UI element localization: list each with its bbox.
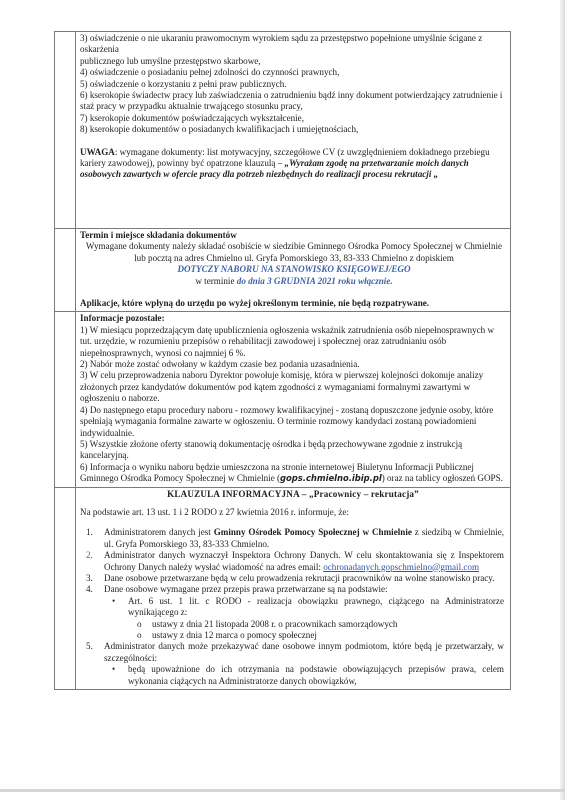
deadline-prefix: w terminie bbox=[195, 276, 236, 286]
requirements-row: 3) oświadczenie o nie ukaraniu prawomocn… bbox=[55, 32, 511, 229]
item-number: 4. bbox=[86, 584, 93, 595]
submission-instructions: Wymagane dokumenty należy składać osobiś… bbox=[80, 241, 508, 264]
left-column-cell bbox=[55, 487, 76, 690]
item6-suffix: ) oraz na tablicy ogłoszeń GOPS. bbox=[382, 473, 503, 483]
clause-item: 1. Administratorem danych jest Gminny Oś… bbox=[76, 527, 504, 550]
legal-basis-text: Art. 6 ust. 1 lit. c RODO - realizacja o… bbox=[128, 596, 504, 617]
clause-row: KLAUZULA INFORMACYJNA – „Pracownicy – re… bbox=[55, 487, 511, 690]
recipient-text: będą upoważnione do ich otrzymania na po… bbox=[128, 664, 504, 685]
clause-intro: Na podstawie art. 13 ust. 1 i 2 RODO z 2… bbox=[76, 507, 510, 518]
item-number: 2. bbox=[86, 550, 93, 561]
act-item: oustawy z dnia 12 marca o pomocy społecz… bbox=[128, 630, 504, 641]
requirement-line: 5) oświadczenie o korzystaniu z pełni pr… bbox=[80, 79, 508, 90]
late-applications-warning: Aplikacje, które wpłyną do urzędu po wyż… bbox=[80, 298, 508, 309]
item1-prefix: Administratorem danych jest bbox=[104, 527, 214, 537]
administrator-name: Gminny Ośrodek Pomocy Społecznej w Chmie… bbox=[214, 527, 412, 537]
item-number: 1. bbox=[86, 527, 93, 538]
deadline-date: do dnia 3 GRUDNIA 2021 roku włącznie. bbox=[237, 276, 393, 286]
iod-email-link[interactable]: ochronadanych.gopschmielno@gmail.com bbox=[323, 562, 479, 572]
envelope-note: DOTYCZY NABORU NA STANOWISKO KSIĘGOWEJ/E… bbox=[80, 264, 508, 275]
requirement-line: 3) oświadczenie o nie ukaraniu prawomocn… bbox=[80, 33, 508, 56]
left-column-cell bbox=[55, 32, 76, 229]
page-edge-shadow bbox=[560, 0, 565, 800]
requirement-line: 4) oświadczenie o posiadaniu pełnej zdol… bbox=[80, 67, 508, 78]
act-item: oustawy z dnia 21 listopada 2008 r. o pr… bbox=[128, 619, 504, 630]
other-info-row: Informacje pozostałe: 1) W miesiącu popr… bbox=[55, 312, 511, 487]
requirement-line: 6) kserokopie świadectw pracy lub zaświa… bbox=[80, 90, 508, 113]
item-number: 5. bbox=[86, 641, 93, 652]
circle-bullet-icon: o bbox=[137, 619, 142, 630]
bullet-icon: • bbox=[112, 596, 115, 607]
legal-basis-item: • Art. 6 ust. 1 lit. c RODO - realizacja… bbox=[104, 596, 504, 642]
announcement-table: 3) oświadczenie o nie ukaraniu prawomocn… bbox=[54, 31, 511, 690]
item5-text: Administrator danych może przekazywać da… bbox=[104, 641, 504, 662]
other-info-item: 2) Nabór może zostać odwołany w każdym c… bbox=[80, 359, 508, 370]
recipients-list: • będą upoważnione do ich otrzymania na … bbox=[104, 664, 504, 687]
clause-item: 3. Dane osobowe przetwarzane będą w celu… bbox=[76, 573, 504, 584]
other-info-item: 3) W celu przeprowadzenia naboru Dyrekto… bbox=[80, 370, 508, 404]
bullet-icon: • bbox=[112, 664, 115, 675]
other-info-item: 4) Do następnego etapu procedury naboru … bbox=[80, 405, 508, 439]
other-info-item: 6) Informacja o wyniku naboru będzie umi… bbox=[80, 462, 508, 485]
item3-text: Dane osobowe przetwarzane będą w celu pr… bbox=[104, 573, 495, 583]
requirements-cell: 3) oświadczenie o nie ukaraniu prawomocn… bbox=[76, 32, 511, 229]
recipient-item: • będą upoważnione do ich otrzymania na … bbox=[104, 664, 504, 687]
submission-row: Termin i miejsce składania dokumentów Wy… bbox=[55, 229, 511, 312]
other-info-title: Informacje pozostałe: bbox=[80, 313, 508, 324]
clause-item: 5. Administrator danych może przekazywać… bbox=[76, 641, 504, 687]
act-text: ustawy z dnia 12 marca o pomocy społeczn… bbox=[152, 630, 317, 640]
left-column-cell bbox=[55, 229, 76, 312]
other-info-item: 5) Wszystkie złożone oferty stanowią dok… bbox=[80, 439, 508, 462]
legal-basis-list: • Art. 6 ust. 1 lit. c RODO - realizacja… bbox=[104, 596, 504, 642]
clause-title: KLAUZULA INFORMACYJNA – „Pracownicy – re… bbox=[76, 489, 510, 500]
left-column-cell bbox=[55, 312, 76, 487]
clause-cell: KLAUZULA INFORMACYJNA – „Pracownicy – re… bbox=[76, 487, 511, 690]
other-info-item: 1) W miesiącu poprzedzającym datę upubli… bbox=[80, 325, 508, 359]
item4-text: Dane osobowe wymagane przez przepis praw… bbox=[104, 584, 388, 594]
bip-link[interactable]: gops.chmielno.ibip.pl bbox=[280, 473, 382, 483]
deadline-line: w terminie do dnia 3 GRUDNIA 2021 roku w… bbox=[80, 276, 508, 287]
submission-cell: Termin i miejsce składania dokumentów Wy… bbox=[76, 229, 511, 312]
other-info-cell: Informacje pozostałe: 1) W miesiącu popr… bbox=[76, 312, 511, 487]
act-text: ustawy z dnia 21 listopada 2008 r. o pra… bbox=[152, 619, 397, 629]
clause-item: 2. Administrator danych wyznaczył Inspek… bbox=[76, 550, 504, 573]
item-number: 3. bbox=[86, 573, 93, 584]
requirement-line: 8) kserokopie dokumentów o posiadanych k… bbox=[80, 124, 508, 135]
requirement-line: publicznego lub umyślne przestępstwo ska… bbox=[80, 56, 508, 67]
circle-bullet-icon: o bbox=[137, 630, 142, 641]
clause-item: 4. Dane osobowe wymagane przez przepis p… bbox=[76, 584, 504, 641]
acts-list: oustawy z dnia 21 listopada 2008 r. o pr… bbox=[128, 619, 504, 642]
page-bottom-edge bbox=[0, 789, 565, 792]
requirement-line: 7) kserokopie dokumentów poświadczającyc… bbox=[80, 113, 508, 124]
clause-list: 1. Administratorem danych jest Gminny Oś… bbox=[76, 527, 510, 687]
note-paragraph: UWAGA: wymagane dokumenty: list motywacy… bbox=[80, 147, 508, 181]
note-label: UWAGA bbox=[80, 147, 115, 157]
submission-title: Termin i miejsce składania dokumentów bbox=[80, 230, 508, 241]
